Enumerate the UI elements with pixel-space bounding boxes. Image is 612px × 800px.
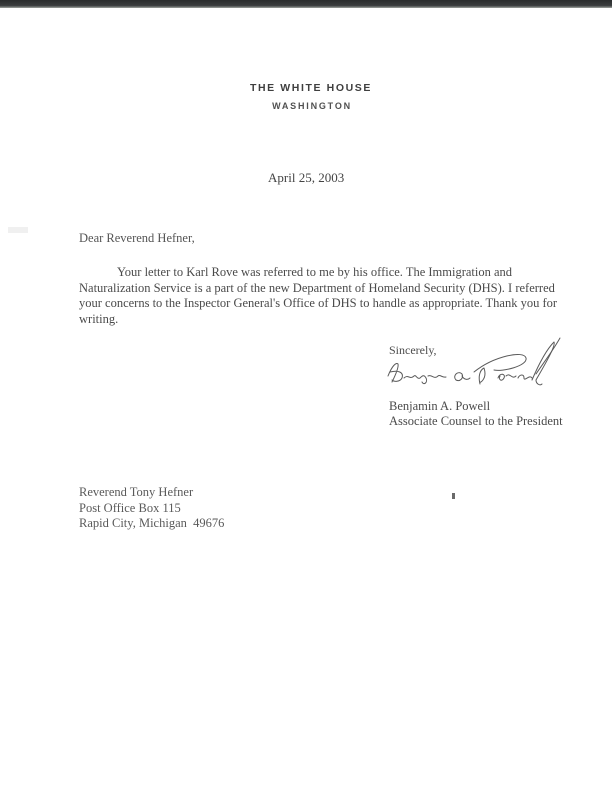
address-line: Reverend Tony Hefner <box>79 485 224 501</box>
letter-body: Your letter to Karl Rove was referred to… <box>79 265 579 327</box>
signer-title: Associate Counsel to the President <box>389 414 563 429</box>
scan-speck <box>452 493 455 499</box>
address-line: Rapid City, Michigan 49676 <box>79 516 224 532</box>
scan-artifact <box>8 227 28 233</box>
letterhead-subtitle: WASHINGTON <box>0 101 612 111</box>
signature-icon <box>384 336 564 396</box>
letterhead-title: THE WHITE HOUSE <box>0 82 612 94</box>
signer-name: Benjamin A. Powell <box>389 399 490 414</box>
address-line: Post Office Box 115 <box>79 501 224 517</box>
body-paragraph: Your letter to Karl Rove was referred to… <box>79 265 579 327</box>
recipient-address: Reverend Tony Hefner Post Office Box 115… <box>79 485 224 532</box>
scan-border <box>0 0 612 8</box>
salutation: Dear Reverend Hefner, <box>79 231 195 246</box>
letter-date: April 25, 2003 <box>268 170 344 186</box>
